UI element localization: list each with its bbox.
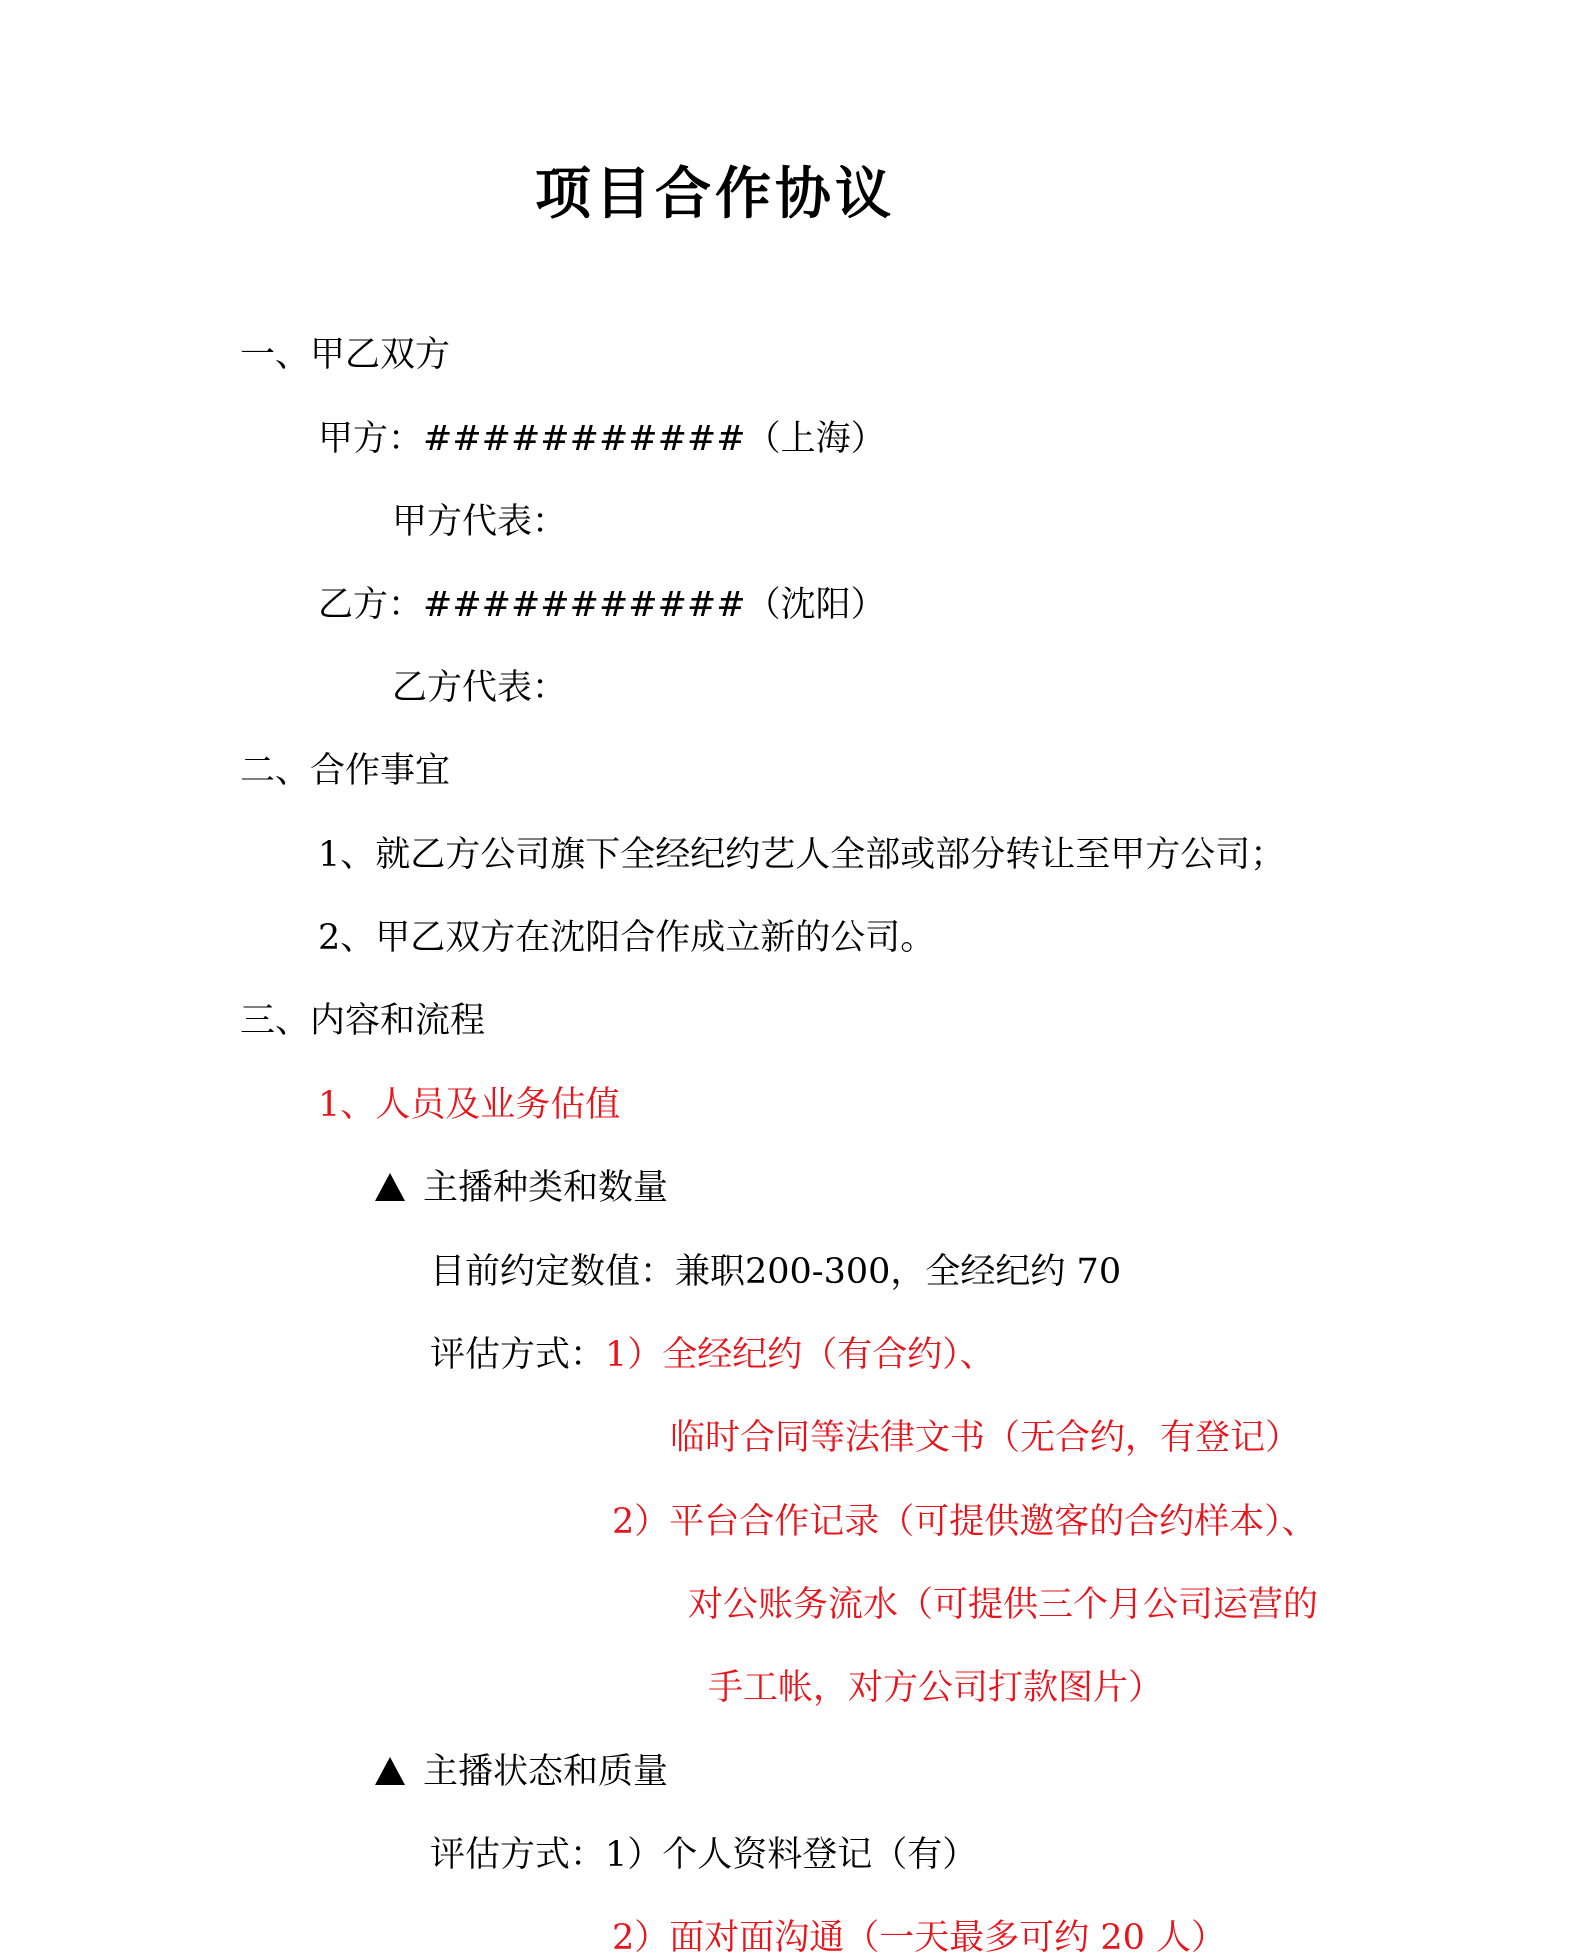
bullet-label: 主播状态和质量 (423, 1752, 668, 1792)
eval-item-2a: 2）平台合作记录（可提供邀客的合约样本）、 (612, 1505, 1317, 1540)
eval-prefix: 评估方式： (430, 1335, 605, 1375)
triangle-bullet-icon (375, 1173, 405, 1201)
triangle-bullet-icon (375, 1757, 405, 1785)
section-2-heading: 二、合作事宜 (240, 754, 450, 789)
party-b: 乙方：###########（沈阳） (318, 588, 886, 623)
document-title: 项目合作协议 (0, 150, 1430, 230)
eval-item-2b: 对公账务流水（可提供三个月公司运营的 (688, 1588, 1318, 1623)
eval-item-2: 2）面对面沟通（一天最多可约 20 人） (612, 1921, 1226, 1956)
section-3-heading: 三、内容和流程 (240, 1004, 485, 1039)
eval-item-1: 1）个人资料登记（有） (605, 1835, 977, 1875)
eval-method-2: 评估方式：1）个人资料登记（有） (430, 1838, 977, 1873)
subsection-valuation: 1、人员及业务估值 (318, 1088, 620, 1123)
eval-item-1b: 临时合同等法律文书（无合约，有登记） (670, 1421, 1300, 1456)
party-a: 甲方：###########（上海） (318, 422, 886, 457)
eval-item-2c: 手工帐，对方公司打款图片） (708, 1671, 1163, 1706)
current-value: 目前约定数值：兼职200-300，全经纪约 70 (430, 1255, 1121, 1290)
cooperation-item-2: 2、甲乙双方在沈阳合作成立新的公司。 (318, 921, 935, 956)
eval-item-1a: 1）全经纪约（有合约）、 (605, 1335, 995, 1375)
section-1-heading: 一、甲乙双方 (240, 338, 450, 373)
eval-method-1: 评估方式：1）全经纪约（有合约）、 (430, 1338, 995, 1373)
party-a-rep: 甲方代表： (392, 505, 567, 540)
cooperation-item-1: 1、就乙方公司旗下全经纪约艺人全部或部分转让至甲方公司； (318, 838, 1285, 873)
party-b-rep: 乙方代表： (392, 671, 567, 706)
bullet-label: 主播种类和数量 (423, 1168, 668, 1208)
bullet-anchor-type-count: 主播种类和数量 (375, 1171, 668, 1206)
eval-prefix: 评估方式： (430, 1835, 605, 1875)
bullet-anchor-status-quality: 主播状态和质量 (375, 1755, 668, 1790)
